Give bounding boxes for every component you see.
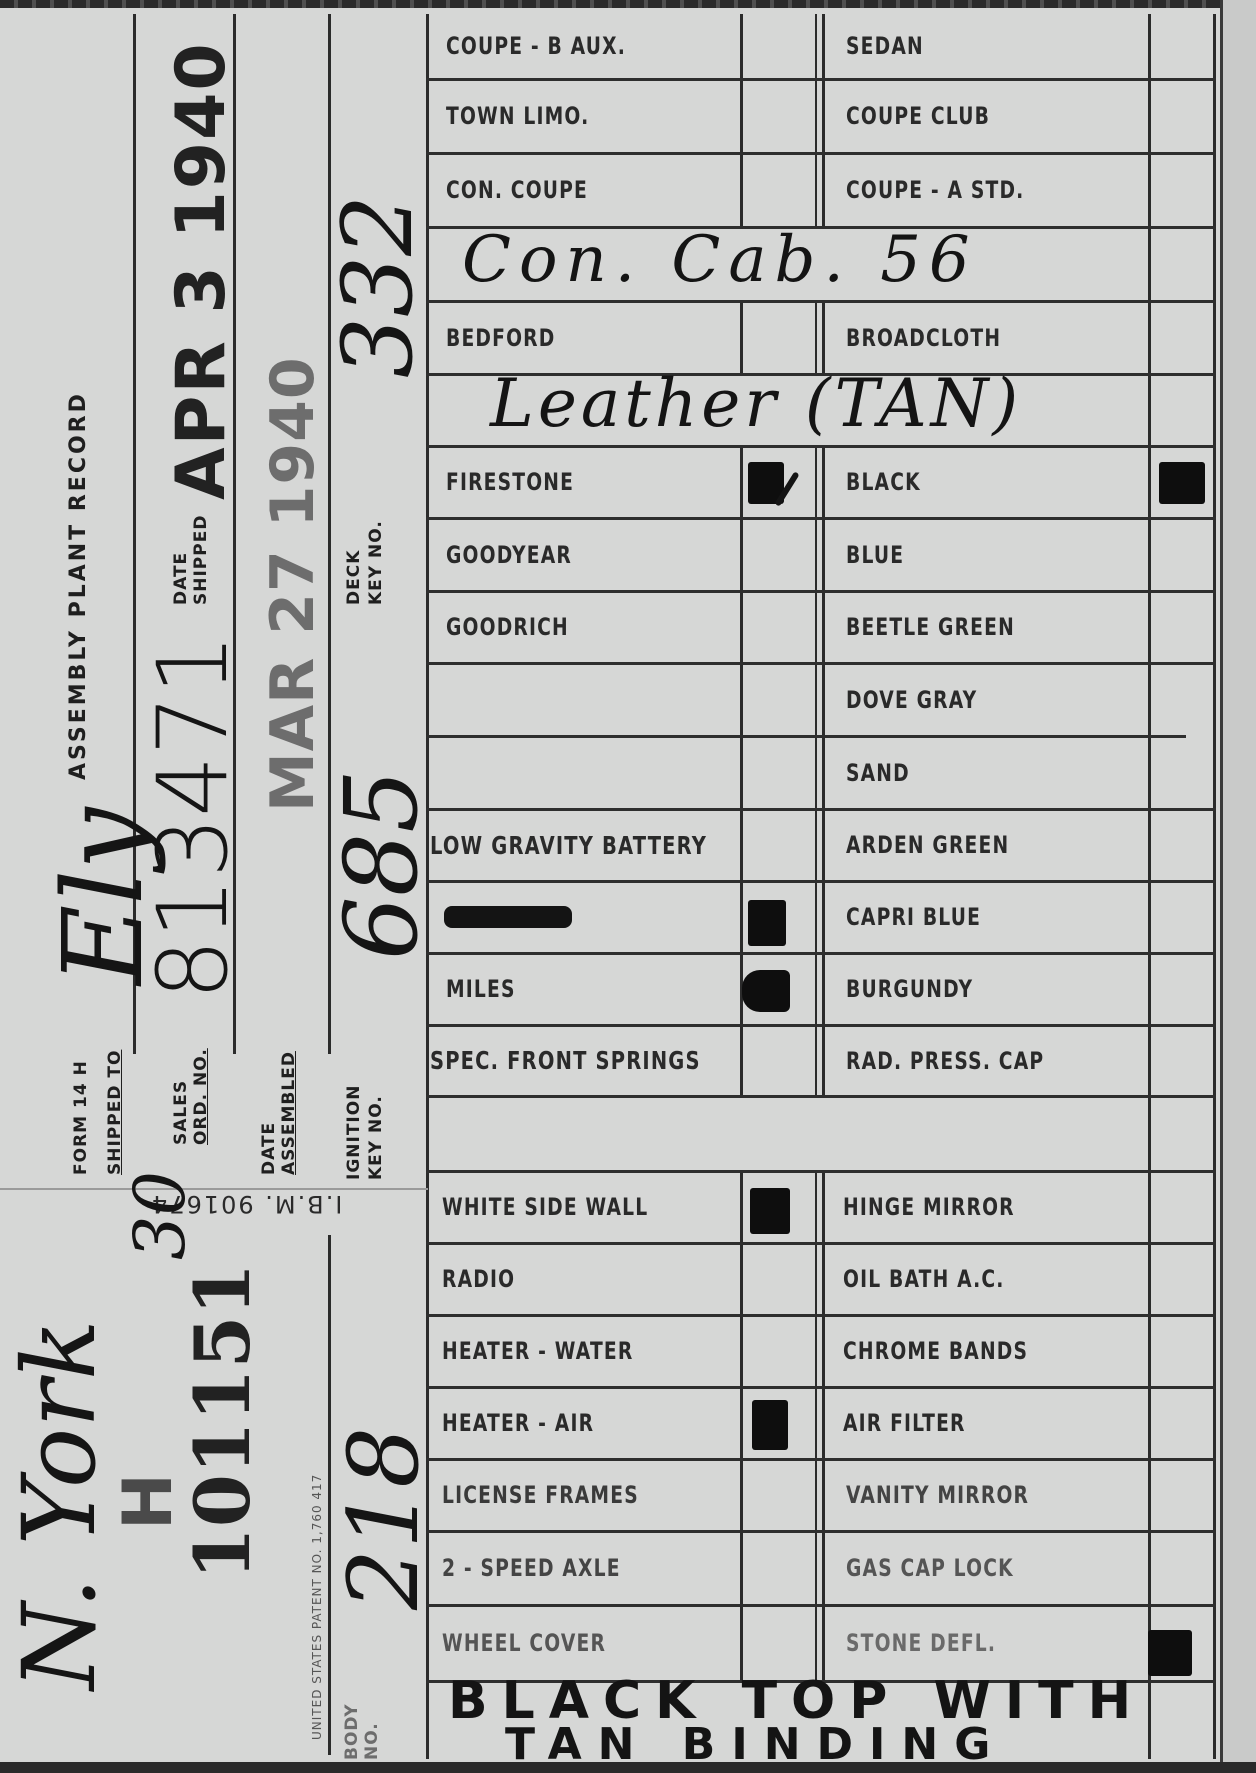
serial-suffix: 30 bbox=[125, 1171, 195, 1260]
option-heater-air: HEATER - AIR bbox=[442, 1388, 594, 1458]
serial-number: 101151 bbox=[185, 1263, 261, 1580]
option-blue: BLUE bbox=[846, 519, 904, 590]
checkbox-black-marked bbox=[1159, 462, 1205, 504]
body-no-value: 218 bbox=[336, 1427, 432, 1610]
ignition-key-label-line1: IGNITION bbox=[345, 1085, 364, 1180]
deck-key-label-line2: KEY NO. bbox=[367, 520, 386, 605]
option-capri-blue: CAPRI BLUE bbox=[846, 882, 981, 952]
option-con-coupe: CON. COUPE bbox=[446, 154, 588, 226]
date-shipped-label-line2: SHIPPED bbox=[192, 515, 211, 605]
option-coupe-a-std: COUPE - A STD. bbox=[846, 154, 1024, 226]
option-stone-defl: STONE DEFL. bbox=[846, 1606, 996, 1680]
option-coupe-club: COUPE CLUB bbox=[846, 80, 990, 152]
option-oil-bath-ac: OIL BATH A.C. bbox=[843, 1244, 1005, 1314]
checkbox-meters-marked bbox=[748, 900, 786, 946]
option-rad-press-cap: RAD. PRESS. CAP bbox=[846, 1026, 1044, 1095]
card-right-margin bbox=[1220, 0, 1256, 1773]
option-firestone: FIRESTONE bbox=[446, 447, 574, 517]
option-license-frames: LICENSE FRAMES bbox=[442, 1460, 639, 1530]
ignition-key-value: 685 bbox=[332, 769, 432, 960]
date-assembled-value: MAR 27 1940 bbox=[262, 356, 324, 812]
grid-col-divider-2b bbox=[822, 300, 825, 375]
option-radio: RADIO bbox=[442, 1244, 515, 1314]
option-heater-water: HEATER - WATER bbox=[442, 1316, 633, 1386]
option-goodrich: GOODRICH bbox=[446, 592, 569, 662]
grid-row-line bbox=[426, 1242, 1216, 1245]
ignition-key-label-line2: KEY NO. bbox=[367, 1095, 386, 1180]
deck-key-value: 332 bbox=[330, 195, 426, 378]
grid-col-divider-1 bbox=[740, 14, 743, 229]
sales-ord-label-line1: SALES bbox=[172, 1080, 191, 1145]
deck-key-label-line1: DECK bbox=[345, 550, 364, 605]
option-wheel-cover: WHEEL COVER bbox=[442, 1606, 606, 1680]
date-assembled-label-line2: ASSEMBLED bbox=[280, 1051, 299, 1175]
option-black: BLACK bbox=[846, 447, 921, 517]
checkbox-white-side-wall-marked bbox=[750, 1188, 790, 1234]
option-beetle-green: BEETLE GREEN bbox=[846, 592, 1015, 662]
option-vanity-mirror: VANITY MIRROR bbox=[846, 1460, 1029, 1530]
grid-col-divider-2a bbox=[815, 445, 817, 1095]
option-broadcloth: BROADCLOTH bbox=[846, 302, 1001, 373]
grid-row-line bbox=[426, 880, 1216, 883]
option-sand: SAND bbox=[846, 737, 910, 808]
ibm-divider bbox=[0, 1188, 428, 1190]
sales-ord-value: 813471 bbox=[145, 634, 241, 1000]
sales-ord-label-line2: ORD. NO. bbox=[192, 1048, 211, 1145]
form-title: ASSEMBLY PLANT RECORD bbox=[68, 391, 90, 780]
option-gas-cap-lock: GAS CAP LOCK bbox=[846, 1532, 1014, 1604]
handwritten-body-type: Con. Cab. 56 bbox=[462, 222, 978, 298]
date-shipped-label-line1: DATE bbox=[172, 552, 191, 605]
body-no-label-line2: NO. bbox=[363, 1722, 382, 1760]
grid-row-line bbox=[426, 662, 1216, 665]
option-low-gravity-battery: LOW GRAVITY BATTERY bbox=[430, 810, 707, 880]
checkbox-miles-marked bbox=[742, 970, 790, 1012]
option-air-filter: AIR FILTER bbox=[843, 1388, 966, 1458]
option-2-speed-axle: 2 - SPEED AXLE bbox=[442, 1532, 621, 1604]
serial-prefix: H bbox=[115, 1473, 183, 1530]
checkbox-stone-defl-marked bbox=[1148, 1630, 1192, 1676]
option-white-side-wall: WHITE SIDE WALL bbox=[442, 1172, 648, 1242]
grid-col-divider-2b bbox=[822, 445, 825, 1095]
shipped-to-label: SHIPPED TO bbox=[106, 1050, 125, 1175]
handwritten-upholstery: Leather (TAN) bbox=[490, 366, 1022, 442]
option-chrome-bands: CHROME BANDS bbox=[843, 1316, 1028, 1386]
strikeout-meters bbox=[444, 906, 572, 928]
option-spec-front-springs: SPEC. FRONT SPRINGS bbox=[430, 1026, 701, 1095]
option-miles: MILES bbox=[446, 954, 516, 1024]
card-bottom-edge bbox=[0, 1762, 1256, 1773]
option-town-limo: TOWN LIMO. bbox=[446, 80, 589, 152]
option-arden-green: ARDEN GREEN bbox=[846, 810, 1009, 880]
option-sedan: SEDAN bbox=[846, 14, 924, 78]
option-coupe-b-aux: COUPE - B AUX. bbox=[446, 14, 626, 78]
body-no-label-line1: BODY bbox=[343, 1703, 362, 1760]
form-number: FORM 14 H bbox=[72, 1060, 91, 1175]
grid-row-line bbox=[426, 1095, 1216, 1098]
grid-col-divider-3 bbox=[1148, 14, 1151, 1759]
checkbox-heater-air-marked bbox=[752, 1400, 788, 1450]
grid-right-edge bbox=[1213, 14, 1216, 1759]
grid-col-divider-1 bbox=[740, 300, 743, 375]
grid-col-divider-2a bbox=[815, 300, 817, 375]
option-burgundy: BURGUNDY bbox=[846, 954, 973, 1024]
grid-row-line bbox=[426, 952, 1216, 955]
option-hinge-mirror: HINGE MIRROR bbox=[843, 1172, 1015, 1242]
date-shipped-value: APR 3 1940 bbox=[166, 41, 238, 500]
grid-row-line bbox=[426, 735, 1186, 738]
grid-col-divider-2a bbox=[815, 14, 817, 229]
date-assembled-label-line1: DATE bbox=[260, 1122, 279, 1175]
city-handwritten: N. York bbox=[10, 1319, 110, 1690]
patent-text: UNITED STATES PATENT NO. 1,760 417 bbox=[310, 1474, 324, 1740]
option-goodyear: GOODYEAR bbox=[446, 519, 572, 590]
option-bedford: BEDFORD bbox=[446, 302, 555, 373]
grid-col-divider-2b bbox=[822, 14, 825, 229]
option-dove-gray: DOVE GRAY bbox=[846, 664, 977, 735]
